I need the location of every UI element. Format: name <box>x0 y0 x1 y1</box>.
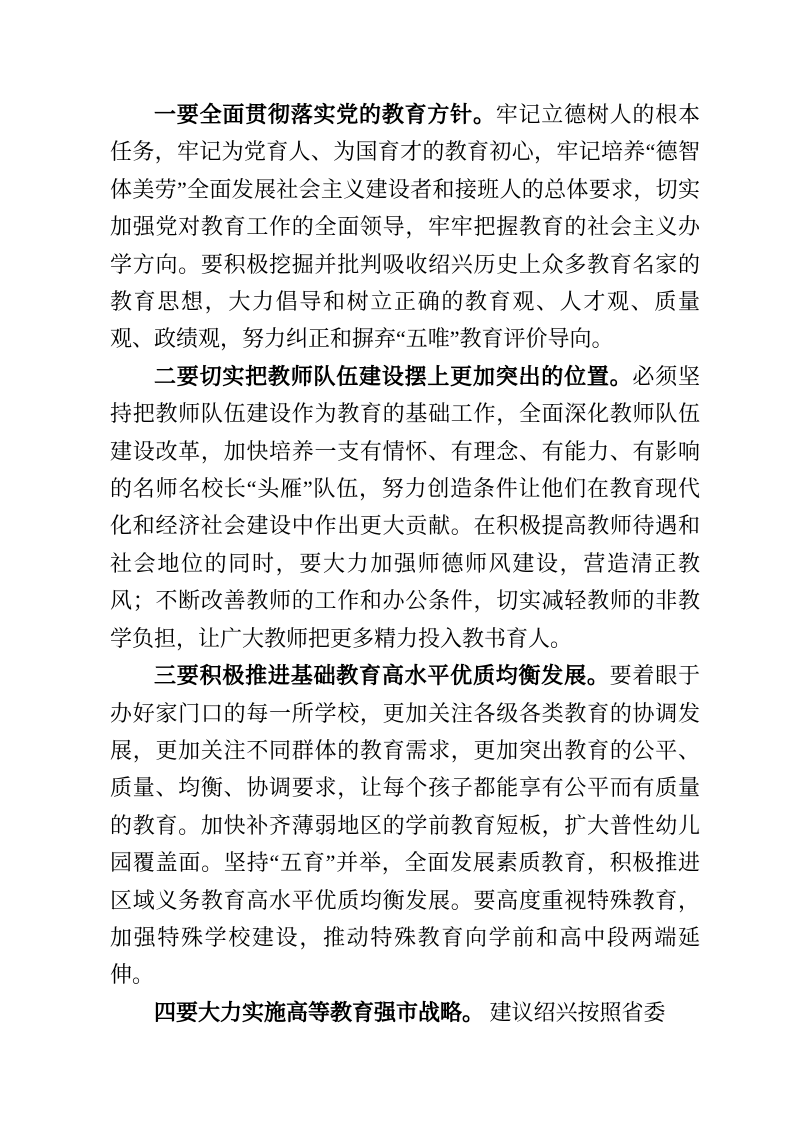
paragraph-1: 一要全面贯彻落实党的教育方针。牢记立德树人的根本任务，牢记为党育人、为国育才的教… <box>110 96 700 358</box>
paragraph-3: 三要积极推进基础教育高水平优质均衡发展。要着眼于办好家门口的每一所学校，更加关注… <box>110 657 700 994</box>
paragraph-1-lead: 一要全面贯彻落实党的教育方针。 <box>154 102 496 127</box>
paragraph-3-body: 要着眼于办好家门口的每一所学校，更加关注各级各类教育的协调发展，更加关注不同群体… <box>110 663 700 987</box>
document-page: 一要全面贯彻落实党的教育方针。牢记立德树人的根本任务，牢记为党育人、为国育才的教… <box>0 0 793 1122</box>
paragraph-4-lead: 四要大力实施高等教育强市战略。 <box>154 1000 484 1025</box>
paragraph-2: 二要切实把教师队伍建设摆上更加突出的位置。必须坚持把教师队伍建设作为教育的基础工… <box>110 358 700 657</box>
paragraph-3-lead: 三要积极推进基础教育高水平优质均衡发展。 <box>154 663 610 688</box>
paragraph-1-body: 牢记立德树人的根本任务，牢记为党育人、为国育才的教育初心，牢记培养“德智体美劳”… <box>110 102 700 351</box>
paragraph-4: 四要大力实施高等教育强市战略。 建议绍兴按照省委 <box>110 994 700 1031</box>
paragraph-2-body: 必须坚持把教师队伍建设作为教育的基础工作，全面深化教师队伍建设改革，加快培养一支… <box>110 364 700 651</box>
paragraph-4-body: 建议绍兴按照省委 <box>484 1000 666 1025</box>
document-body: 一要全面贯彻落实党的教育方针。牢记立德树人的根本任务，牢记为党育人、为国育才的教… <box>110 96 700 1031</box>
paragraph-2-lead: 二要切实把教师队伍建设摆上更加突出的位置。 <box>154 364 632 389</box>
